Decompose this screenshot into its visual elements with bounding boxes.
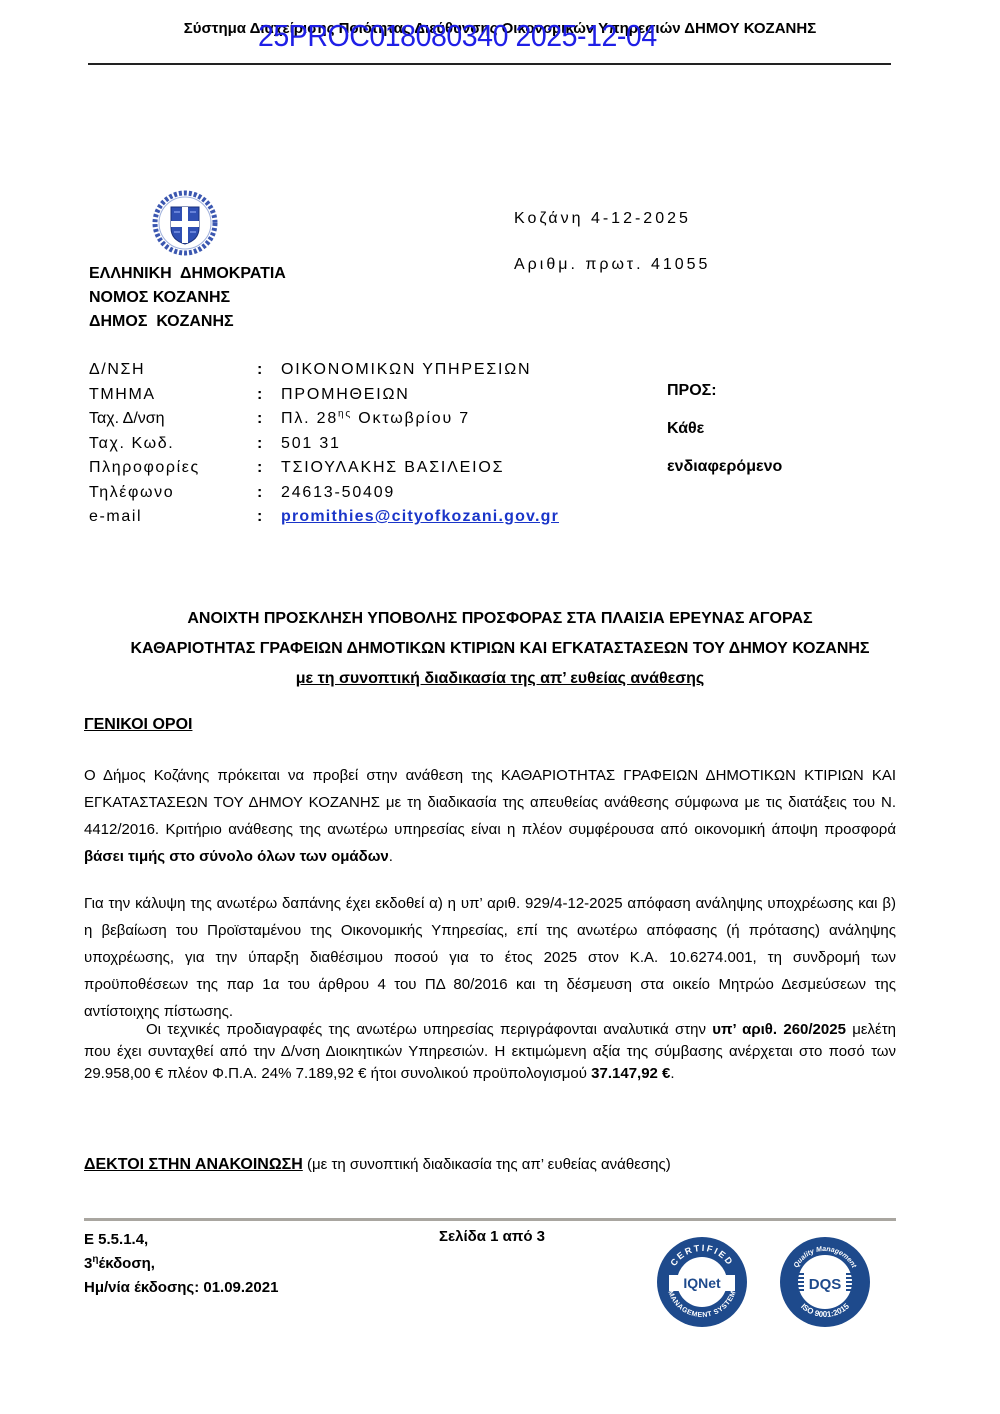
svg-text:DQS: DQS (809, 1276, 842, 1293)
contact-value: 24613-50409 (281, 481, 395, 506)
colon: : (257, 505, 281, 530)
iqnet-certified-logo-icon: CERTIFIED MANAGEMENT SYSTEM IQNet (655, 1235, 749, 1329)
contact-value: ΤΣΙΟΥΛΑΚΗΣ ΒΑΣΙΛΕΙΟΣ (281, 456, 504, 481)
email-link[interactable]: promithies@cityofkozani.gov.gr (281, 508, 559, 525)
recipients-note: (με τη συνοπτική διαδικασία της απ’ ευθε… (303, 1156, 671, 1173)
contact-row-directorate: Δ/ΝΣΗ : ΟΙΚΟΝΟΜΙΚΩΝ ΥΠΗΡΕΣΙΩΝ (89, 358, 559, 383)
contact-value: ΟΙΚΟΝΟΜΙΚΩΝ ΥΠΗΡΕΣΙΩΝ (281, 358, 531, 383)
document-meta: Κοζάνη 4-12-2025 Αριθμ. πρωτ. 41055 (514, 196, 710, 288)
recipients-heading: ΔΕΚΤΟΙ ΣΤΗΝ ΑΝΑΚΟΙΝΩΣΗ (84, 1156, 303, 1173)
title-subtitle: με τη συνοπτική διαδικασία της απ’ ευθεί… (296, 670, 705, 687)
contact-details: Δ/ΝΣΗ : ΟΙΚΟΝΟΜΙΚΩΝ ΥΠΗΡΕΣΙΩΝ ΤΜΗΜΑ : ΠΡ… (89, 358, 559, 530)
recipient-label: ΠΡΟΣ: (667, 372, 782, 410)
contact-label: ΤΜΗΜΑ (89, 383, 257, 408)
contact-row-postcode: Ταχ. Κωδ. : 501 31 (89, 432, 559, 457)
colon: : (257, 358, 281, 383)
recipient-line: Κάθε (667, 410, 782, 448)
footer-divider (84, 1218, 896, 1221)
footer-edition: 3ηέκδοση, (84, 1252, 278, 1276)
contact-label: Τηλέφωνο (89, 481, 257, 506)
protocol-stamp: 25PROC018080340 2025-12-04 (258, 18, 657, 54)
colon: : (257, 407, 281, 432)
contact-label: Πληροφορίες (89, 456, 257, 481)
recipient-line: ενδιαφερόμενο (667, 448, 782, 486)
header-divider (88, 63, 891, 65)
paragraph-technical-specs: Οι τεχνικές προδιαγραφές της ανωτέρω υπη… (84, 1019, 896, 1085)
paragraph-award-criteria: Ο Δήμος Κοζάνης πρόκειται να προβεί στην… (84, 762, 896, 870)
authority-line: ΕΛΛΗΝΙΚΗ ΔΗΜΟΚΡΑΤΙΑ (89, 262, 286, 286)
contact-row-phone: Τηλέφωνο : 24613-50409 (89, 481, 559, 506)
greek-coat-of-arms-icon (152, 190, 218, 256)
contact-label: Ταχ. Κωδ. (89, 432, 257, 457)
protocol-number: Αριθμ. πρωτ. 41055 (514, 242, 710, 288)
contact-label: Δ/ΝΣΗ (89, 358, 257, 383)
svg-text:IQNet: IQNet (683, 1275, 721, 1291)
footer-code: Ε 5.5.1.4, (84, 1228, 278, 1252)
title-line: ΚΑΘΑΡΙΟΤΗΤΑΣ ΓΡΑΦΕΙΩΝ ΔΗΜΟΤΙΚΩΝ ΚΤΙΡΙΩΝ … (80, 634, 920, 664)
title-line: ΑΝΟΙΧΤΗ ΠΡΟΣΚΛΗΣΗ ΥΠΟΒΟΛΗΣ ΠΡΟΣΦΟΡΑΣ ΣΤΑ… (80, 604, 920, 634)
place-date: Κοζάνη 4-12-2025 (514, 196, 710, 242)
authority-line: ΔΗΜΟΣ ΚΟΖΑΝΗΣ (89, 310, 286, 334)
colon: : (257, 481, 281, 506)
dqs-iso-9001-logo-icon: Quality Management ISO 9001:2015 DQS (778, 1235, 872, 1329)
page-indicator: Σελίδα 1 από 3 (439, 1228, 545, 1245)
section-heading-general-terms: ΓΕΝΙΚΟΙ ΟΡΟΙ (84, 716, 192, 734)
paragraph-budget-commitment: Για την κάλυψη της ανωτέρω δαπάνης έχει … (84, 890, 896, 1025)
recipient-block: ΠΡΟΣ: Κάθε ενδιαφερόμενο (667, 372, 782, 486)
contact-row-email: e-mail : promithies@cityofkozani.gov.gr (89, 505, 559, 530)
contact-label: e-mail (89, 505, 257, 530)
footer-issue-date: Ημ/νία έκδοσης: 01.09.2021 (84, 1276, 278, 1300)
contact-row-department: ΤΜΗΜΑ : ΠΡΟΜΗΘΕΙΩΝ (89, 383, 559, 408)
colon: : (257, 383, 281, 408)
recipients-section: ΔΕΚΤΟΙ ΣΤΗΝ ΑΝΑΚΟΙΝΩΣΗ (με τη συνοπτική … (84, 1156, 671, 1174)
contact-value: ΠΡΟΜΗΘΕΙΩΝ (281, 383, 410, 408)
contact-row-info: Πληροφορίες : ΤΣΙΟΥΛΑΚΗΣ ΒΑΣΙΛΕΙΟΣ (89, 456, 559, 481)
colon: : (257, 432, 281, 457)
contact-row-address: Ταχ. Δ/νση : Πλ. 28ης Οκτωβρίου 7 (89, 407, 559, 432)
document-title: ΑΝΟΙΧΤΗ ΠΡΟΣΚΛΗΣΗ ΥΠΟΒΟΛΗΣ ΠΡΟΣΦΟΡΑΣ ΣΤΑ… (80, 604, 920, 694)
footer-doc-info: Ε 5.5.1.4, 3ηέκδοση, Ημ/νία έκδοσης: 01.… (84, 1228, 278, 1300)
contact-label: Ταχ. Δ/νση (89, 407, 257, 432)
issuing-authority: ΕΛΛΗΝΙΚΗ ΔΗΜΟΚΡΑΤΙΑ ΝΟΜΟΣ ΚΟΖΑΝΗΣ ΔΗΜΟΣ … (89, 262, 286, 334)
contact-value: 501 31 (281, 432, 341, 457)
authority-line: ΝΟΜΟΣ ΚΟΖΑΝΗΣ (89, 286, 286, 310)
colon: : (257, 456, 281, 481)
contact-value: Πλ. 28ης Οκτωβρίου 7 (281, 407, 470, 432)
